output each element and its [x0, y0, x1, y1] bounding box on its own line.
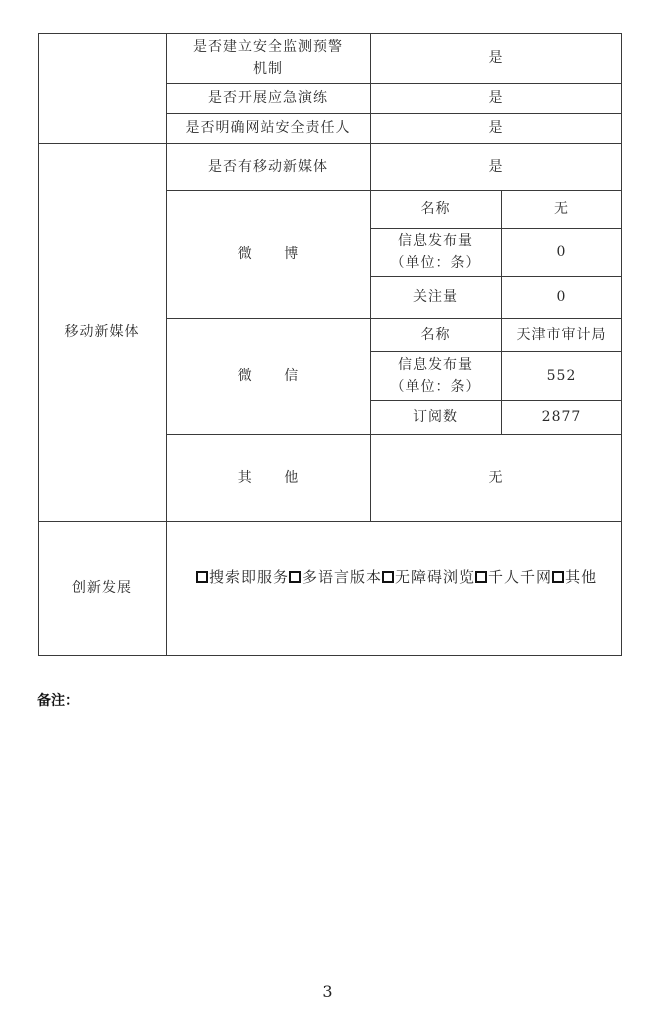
mobile-media-section-label: 移动新媒体	[38, 143, 166, 521]
option-label: 多语言版本	[302, 566, 382, 588]
label-line-1: 信息发布量	[398, 230, 473, 252]
weibo-name-value: 无	[501, 190, 622, 228]
option-label: 搜索即服务	[209, 566, 289, 588]
weibo-followers-label: 关注量	[370, 276, 501, 318]
wechat-subscribers-label: 订阅数	[370, 400, 501, 434]
has-mobile-media-label: 是否有移动新媒体	[166, 143, 370, 190]
emergency-drill-value: 是	[370, 83, 622, 113]
page-number: 3	[0, 982, 655, 1001]
weibo-label: 微 博	[166, 190, 370, 318]
checkbox-accessibility[interactable]	[382, 571, 394, 583]
weibo-name-label: 名称	[370, 190, 501, 228]
security-owner-label: 是否明确网站安全责任人	[166, 113, 370, 143]
option-label: 千人千网	[488, 566, 552, 588]
table-border-bottom	[38, 655, 622, 656]
checkbox-personalized[interactable]	[475, 571, 487, 583]
emergency-drill-label: 是否开展应急演练	[166, 83, 370, 113]
weibo-followers-value: 0	[501, 276, 622, 318]
label-line-1: 信息发布量	[398, 354, 473, 376]
security-monitoring-label: 是否建立安全监测预警 机制	[166, 33, 370, 83]
label-line-1: 是否建立安全监测预警	[193, 36, 343, 58]
innovation-section-label: 创新发展	[38, 521, 166, 655]
checkbox-multilingual[interactable]	[289, 571, 301, 583]
other-media-value: 无	[370, 434, 622, 521]
wechat-name-label: 名称	[370, 318, 501, 351]
option-label: 其他	[565, 566, 597, 588]
wechat-subscribers-value: 2877	[501, 400, 622, 434]
document-page: 是否建立安全监测预警 机制 是 是否开展应急演练 是 是否明确网站安全责任人 是…	[0, 0, 655, 1013]
wechat-posts-value: 552	[501, 351, 622, 400]
weibo-posts-label: 信息发布量 （单位：条）	[370, 228, 501, 276]
checkbox-other[interactable]	[552, 571, 564, 583]
label-line-2: （单位：条）	[391, 376, 481, 398]
label-line-2: 机制	[253, 58, 283, 80]
wechat-name-value: 天津市审计局	[501, 318, 622, 351]
security-monitoring-value: 是	[370, 33, 622, 83]
checkbox-search-service[interactable]	[196, 571, 208, 583]
label-line-2: （单位：条）	[391, 252, 481, 274]
other-media-label: 其 他	[166, 434, 370, 521]
weibo-posts-value: 0	[501, 228, 622, 276]
note-label: 备注：	[37, 690, 79, 710]
wechat-posts-label: 信息发布量 （单位：条）	[370, 351, 501, 400]
option-label: 无障碍浏览	[395, 566, 475, 588]
wechat-label: 微 信	[166, 318, 370, 434]
has-mobile-media-value: 是	[370, 143, 622, 190]
innovation-options: 搜索即服务 多语言版本 无障碍浏览 千人千网 其他	[196, 566, 597, 588]
security-owner-value: 是	[370, 113, 622, 143]
